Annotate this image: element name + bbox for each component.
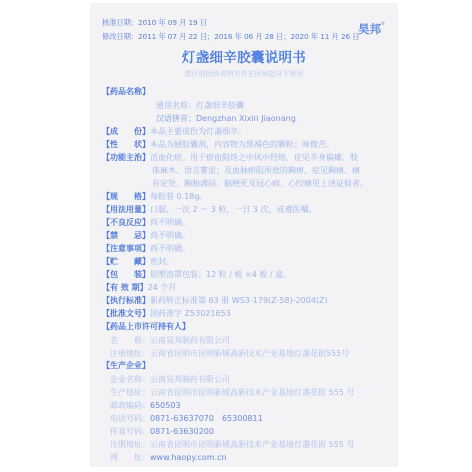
- mah-address: 注册地址：云南省昆明市昆明新城高新技术产业基地灯盏花街555号: [110, 348, 349, 359]
- approval-date: 核准日期：2010 年 09 月 19 日: [102, 18, 207, 28]
- label: 【贮 藏】: [102, 256, 150, 268]
- pinyin-name: 汉语拼音：Dengzhan Xixin Jiaonang: [156, 113, 296, 125]
- field-value: 云南省昆明市昆明新城高新技术产业基地灯盏花街 555 号: [150, 388, 354, 397]
- value: 国药准字 Z53021653: [150, 309, 231, 318]
- label: 【药品上市许可持有人】: [102, 321, 190, 333]
- indications-line-3: 有定处、胸胁满闷；脑梗死及冠心病、心绞痛见上述证候者。: [152, 178, 368, 190]
- registered-mark: ®: [381, 21, 385, 26]
- section-description: 【性 状】本品为硬胶囊剂，内容物为黑褐色的颗粒；味微苦。: [102, 139, 334, 151]
- section-approval-number: 【批准文号】国药准字 Z53021653: [102, 308, 231, 320]
- section-mah-label: 【药品上市许可持有人】: [102, 321, 190, 333]
- value: 本品为硬胶囊剂，内容物为黑褐色的颗粒；味微苦。: [150, 140, 334, 149]
- field-label: 名 称：: [110, 336, 150, 345]
- brand-logo: 昊邦®: [358, 21, 385, 37]
- field-label: 电话号码：: [110, 414, 150, 423]
- field-label: 网 址：: [110, 453, 150, 462]
- document-subtitle: 请仔细阅读说明书并在医师指导下使用: [90, 69, 398, 79]
- label: 【规 格】: [102, 191, 150, 203]
- field-label: 注册地址：: [110, 440, 150, 449]
- value: 新药转正标准第 63 册 WS3-179(Z-58)-2004(Z): [150, 296, 328, 305]
- generic-name-text: 通用名称：灯盏细辛胶囊: [156, 101, 244, 110]
- label: 【功能主治】: [102, 152, 150, 164]
- label: 【禁 忌】: [102, 230, 150, 242]
- manufacturer-company: 企业名称：云南昊邦制药有限公司: [110, 374, 230, 385]
- section-adverse-reactions: 【不良反应】尚不明确。: [102, 217, 190, 229]
- manufacturer-prod-address: 生产地址：云南省昆明市昆明新城高新技术产业基地灯盏花街 555 号: [110, 387, 354, 398]
- manufacturer-reg-address: 注册地址：云南省昆明市昆明新城高新技术产业基地灯盏花街 555 号: [110, 439, 354, 450]
- brand-logo-text: 昊邦: [358, 22, 381, 36]
- indications-line-2: 体麻木、语言謇涩；及血脉瘀阻所致的胸痹，症见胸痛、痛: [152, 165, 360, 177]
- manufacturer-phone: 电话号码：0871-63637070 65300811: [110, 413, 263, 424]
- pinyin-text: 汉语拼音：Dengzhan Xixin Jiaonang: [156, 114, 296, 123]
- value: 尚不明确。: [150, 244, 190, 253]
- value-line-1: 活血化瘀。用于瘀血阻络之中风中经络，症见半身偏瘫、肢: [150, 153, 358, 162]
- field-label: 生产地址：: [110, 388, 150, 397]
- field-value: 云南省昆明市昆明新城高新技术产业基地灯盏花街555号: [150, 349, 349, 358]
- mah-name: 名 称：云南昊邦制药有限公司: [110, 335, 230, 346]
- value: 尚不明确。: [150, 218, 190, 227]
- field-value: 650503: [150, 401, 181, 410]
- field-label: 注册地址：: [110, 349, 150, 358]
- value: 密封。: [150, 257, 174, 266]
- label: 【生产企业】: [102, 360, 150, 372]
- section-specification: 【规 格】每粒装 0.18g。: [102, 191, 207, 203]
- label: 【执行标准】: [102, 295, 150, 307]
- label: 【注意事项】: [102, 243, 150, 255]
- section-validity: 【有 效 期】24 个月: [102, 282, 176, 294]
- label: 【不良反应】: [102, 217, 150, 229]
- section-contraindications: 【禁 忌】尚不明确。: [102, 230, 190, 242]
- field-value: 云南省昆明市昆明新城高新技术产业基地灯盏花街 555 号: [150, 440, 354, 449]
- value: 尚不明确。: [150, 231, 190, 240]
- value: 铝塑泡罩包装；12 粒 / 板 ×4 板 / 盒。: [150, 270, 291, 279]
- field-label: 传真号码：: [110, 427, 150, 436]
- revision-date: 修改日期：2011 年 07 月 22 日；2016 年 06 月 28 日；2…: [102, 32, 359, 42]
- label: 【有 效 期】: [102, 282, 148, 294]
- field-label: 邮政编码：: [110, 401, 150, 410]
- section-packaging: 【包 装】铝塑泡罩包装；12 粒 / 板 ×4 板 / 盒。: [102, 269, 291, 281]
- value-line-3: 有定处、胸胁满闷；脑梗死及冠心病、心绞痛见上述证候者。: [152, 179, 368, 188]
- document-title: 灯盏细辛胶囊说明书: [90, 46, 398, 66]
- field-value: 0871-63630200: [150, 427, 214, 436]
- label: 【性 状】: [102, 139, 150, 151]
- section-storage: 【贮 藏】密封。: [102, 256, 174, 268]
- section-drug-name-label: 【药品名称】: [102, 86, 150, 98]
- section-precautions: 【注意事项】尚不明确。: [102, 243, 190, 255]
- section-ingredients: 【成 份】本品主要成份为灯盏细辛。: [102, 126, 246, 138]
- field-value: 0871-63637070 65300811: [150, 414, 263, 423]
- section-indications: 【功能主治】活血化瘀。用于瘀血阻络之中风中经络，症见半身偏瘫、肢: [102, 152, 358, 164]
- manufacturer-fax: 传真号码：0871-63630200: [110, 426, 214, 437]
- label: 【批准文号】: [102, 308, 150, 320]
- manufacturer-website: 网 址：www.haopy.com.cn: [110, 452, 227, 463]
- website-link: www.haopy.com.cn: [150, 453, 227, 462]
- field-label: 企业名称：: [110, 375, 150, 384]
- label: 【药品名称】: [102, 86, 150, 98]
- label: 【包 装】: [102, 269, 150, 281]
- value: 每粒装 0.18g。: [150, 192, 207, 201]
- field-value: 云南昊邦制药有限公司: [150, 375, 230, 384]
- field-value: 云南昊邦制药有限公司: [150, 336, 230, 345]
- section-dosage: 【用法用量】口服，一次 2 ～ 3 粒，一日 3 次，或遵医嘱。: [102, 204, 317, 216]
- value: 口服，一次 2 ～ 3 粒，一日 3 次，或遵医嘱。: [150, 205, 317, 214]
- value: 本品主要成份为灯盏细辛。: [150, 127, 246, 136]
- label: 【成 份】: [102, 126, 150, 138]
- generic-name: 通用名称：灯盏细辛胶囊: [156, 100, 244, 112]
- manufacturer-postcode: 邮政编码：650503: [110, 400, 181, 411]
- section-standard: 【执行标准】新药转正标准第 63 册 WS3-179(Z-58)-2004(Z): [102, 295, 328, 307]
- value-line-2: 体麻木、语言謇涩；及血脉瘀阻所致的胸痹，症见胸痛、痛: [152, 166, 360, 175]
- section-manufacturer-label: 【生产企业】: [102, 360, 150, 372]
- label: 【用法用量】: [102, 204, 150, 216]
- value: 24 个月: [148, 283, 177, 292]
- package-insert-paper: 核准日期：2010 年 09 月 19 日 修改日期：2011 年 07 月 2…: [90, 3, 398, 467]
